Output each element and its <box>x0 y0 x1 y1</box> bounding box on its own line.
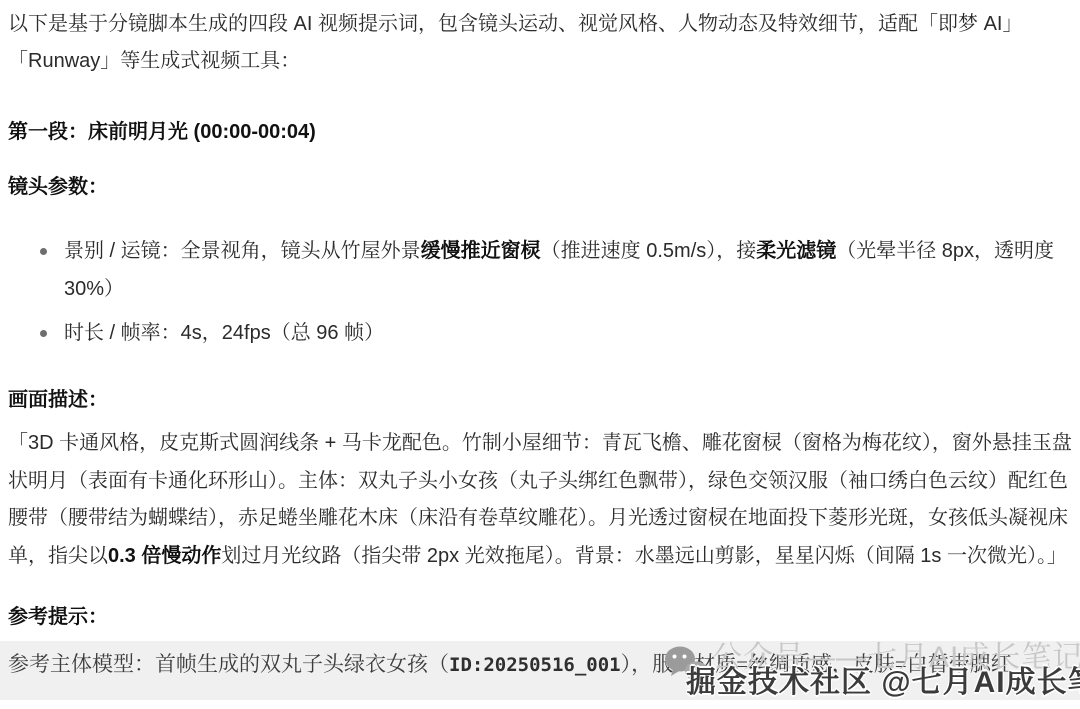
bullet1-bold-2: 柔光滤镜 <box>756 240 836 262</box>
section-title: 第一段：床前明月光 (00:00-00:04) <box>8 120 1072 145</box>
camera-params-list: 景别 / 运镜：全景视角，镜头从竹屋外景缓慢推近窗棂（推进速度 0.5m/s），… <box>8 232 1072 352</box>
document-body: 以下是基于分镜脚本生成的四段 AI 视频提示词，包含镜头运动、视觉风格、人物动态… <box>0 6 1080 700</box>
bullet1-text-2: （推进速度 0.5m/s），接 <box>541 240 757 262</box>
description-text-2: 划过月光纹路（指尖带 2px 光效拖尾）。背景：水墨远山剪影，星星闪烁（间隔 1… <box>221 545 1067 567</box>
description-bold: 0.3 倍慢动作 <box>108 545 221 567</box>
camera-params-heading: 镜头参数： <box>8 175 1072 200</box>
intro-paragraph: 以下是基于分镜脚本生成的四段 AI 视频提示词，包含镜头运动、视觉风格、人物动态… <box>8 6 1072 80</box>
scene-description-paragraph: 「3D 卡通风格，皮克斯式圆润线条 + 马卡龙配色。竹制小屋细节：青瓦飞檐、雕花… <box>8 425 1072 575</box>
list-item-shot-motion: 景别 / 运镜：全景视角，镜头从竹屋外景缓慢推近窗棂（推进速度 0.5m/s），… <box>8 232 1068 308</box>
reference-code-id: ID:20250516_001 <box>449 654 621 676</box>
bullet1-text-1: 景别 / 运镜：全景视角，镜头从竹屋外景 <box>64 240 421 262</box>
reference-heading: 参考提示： <box>8 605 1072 630</box>
bullet2-text: 时长 / 帧率：4s，24fps（总 96 帧） <box>64 322 384 344</box>
scene-description-heading: 画面描述： <box>8 388 1072 413</box>
reference-code-pre: 参考主体模型：首帧生成的双丸子头绿衣女孩（ <box>8 652 449 676</box>
list-item-duration-fps: 时长 / 帧率：4s，24fps（总 96 帧） <box>8 314 1068 352</box>
watermark-dark-text: 掘金技术社区 @七月AI成长笔记 <box>686 657 1080 701</box>
bullet1-bold-1: 缓慢推近窗棂 <box>421 240 541 262</box>
